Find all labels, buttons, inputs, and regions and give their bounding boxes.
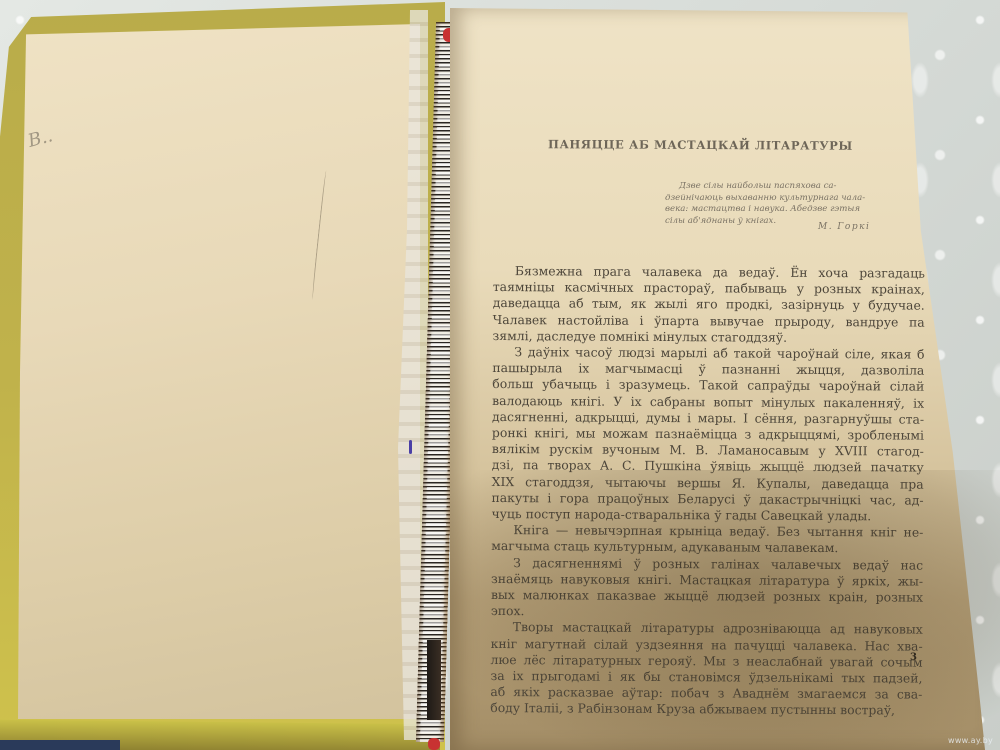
watermark: www.ay.by (948, 736, 993, 745)
epigraph: Дзве сілы найбольш паспяхова са- дзейніч… (665, 181, 875, 227)
text-line: вых малюнках паказвае жыццё людзей розны… (491, 587, 923, 606)
body-text: Бязмежна прага чалавека да ведаў. Ён хоч… (490, 263, 925, 719)
text-line: боду Італіі, з Рабінзонам Круза абжываем… (490, 700, 922, 719)
epigraph-author: М. Горкі (818, 222, 870, 232)
epigraph-line: века: мастацтва і навука. Абедзве гэтыя (665, 204, 875, 216)
epigraph-line: Дзве сілы найбольш паспяхова са- (665, 181, 875, 193)
epigraph-line: дзейнічаюць выхаванню культурнага чала- (665, 193, 875, 205)
page-number: 3 (910, 652, 917, 663)
chapter-title: ПАНЯЦЦЕ АБ МАСТАЦКАЙ ЛІТАРАТУРЫ (548, 137, 853, 153)
right-page-content: ПАНЯЦЦЕ АБ МАСТАЦКАЙ ЛІТАРАТУРЫ Дзве сіл… (0, 0, 1000, 750)
